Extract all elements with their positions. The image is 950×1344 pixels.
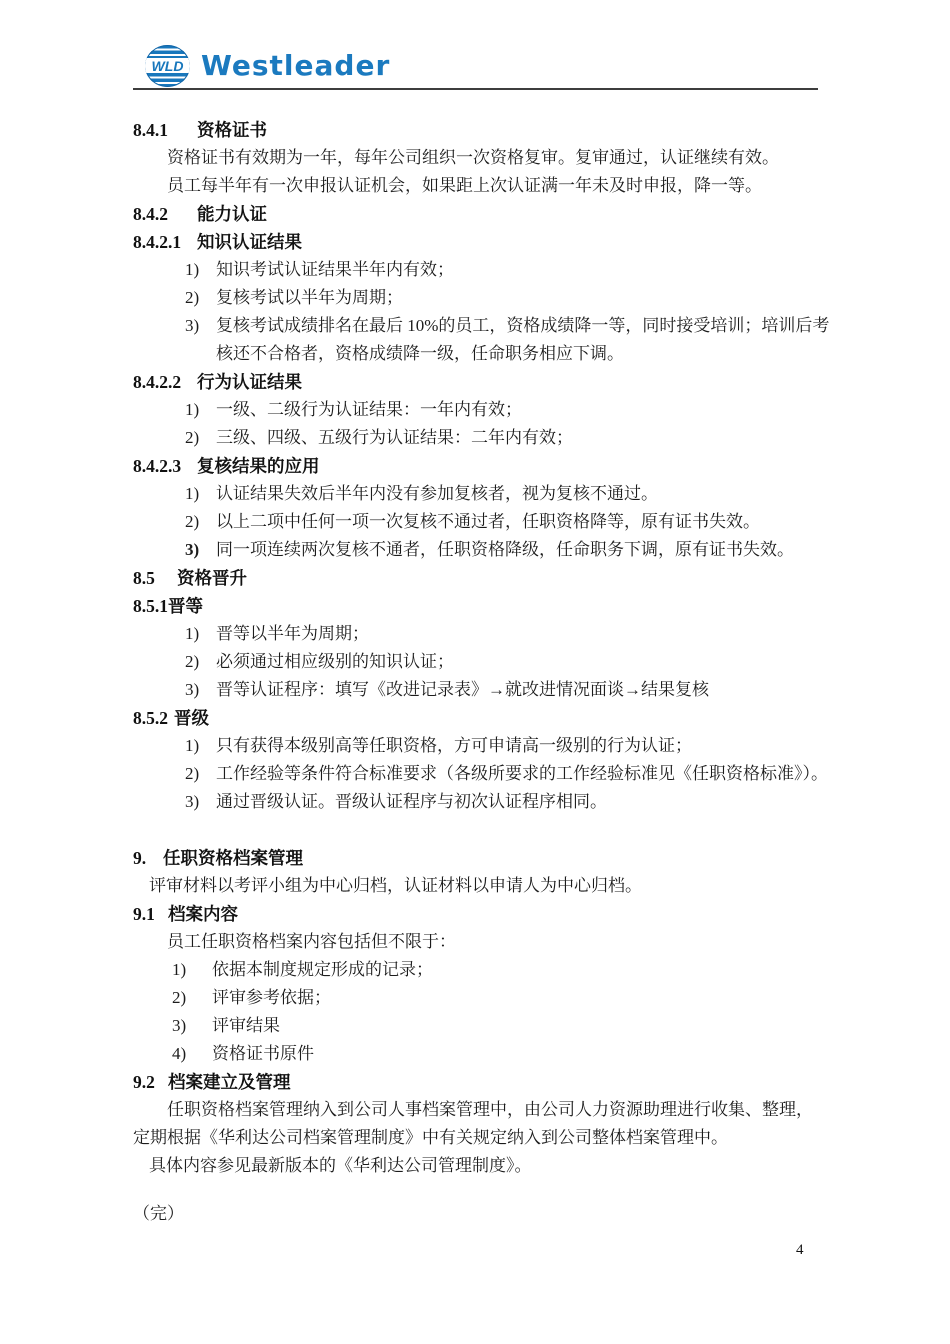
document-page: WLD Westleader 8.4.1 资格证书 资格证书有效期为一年，每年公…	[0, 0, 950, 1344]
heading-title: 任职资格档案管理	[163, 844, 303, 872]
list-number: 1)	[185, 396, 216, 424]
list-item: 1) 只有获得本级别高等任职资格，方可申请高一级别的行为认证；	[185, 732, 853, 760]
page-number: 4	[796, 1242, 804, 1259]
list-text: 通过晋级认证。晋级认证程序与初次认证程序相同。	[216, 788, 607, 816]
list-item: 3) 评审结果	[172, 1012, 853, 1040]
list-text: 只有获得本级别高等任职资格，方可申请高一级别的行为认证；	[216, 732, 692, 760]
heading-number: 9.1	[133, 900, 168, 928]
list-number: 2)	[172, 984, 212, 1012]
list-text: 认证结果失效后半年内没有参加复核者，视为复核不通过。	[216, 480, 658, 508]
heading-number: 8.5.2	[133, 704, 168, 732]
list-text: 知识考试认证结果半年内有效；	[216, 256, 454, 284]
heading-8-5: 8.5 资格晋升	[133, 564, 853, 592]
heading-9-2: 9.2 档案建立及管理	[133, 1068, 853, 1096]
heading-9: 9. 任职资格档案管理	[133, 844, 853, 872]
list-number: 2)	[185, 284, 216, 312]
list-item: 2) 三级、四级、五级行为认证结果：二年内有效；	[185, 424, 853, 452]
list-item: 1) 晋等以半年为周期；	[185, 620, 853, 648]
list-number: 3)	[185, 788, 216, 816]
heading-8-5-2: 8.5.2 晋级	[133, 704, 853, 732]
list-number: 3)	[185, 676, 216, 704]
list-text: 依据本制度规定形成的记录；	[212, 956, 433, 984]
heading-9-1: 9.1 档案内容	[133, 900, 853, 928]
list-number: 1)	[185, 620, 216, 648]
heading-8-4-2-1: 8.4.2.1 知识认证结果	[133, 228, 853, 256]
logo-acronym: WLD	[152, 59, 184, 73]
paragraph: 员工任职资格档案内容包括但不限于：	[133, 928, 853, 956]
list-number: 2)	[185, 760, 216, 788]
list-number: 3)	[172, 1012, 212, 1040]
list-number: 2)	[185, 424, 216, 452]
heading-number: 8.4.2	[133, 200, 197, 228]
heading-title: 行为认证结果	[197, 368, 302, 396]
list-item: 3) 同一项连续两次复核不通者，任职资格降级，任命职务下调，原有证书失效。	[185, 536, 853, 564]
heading-8-5-1: 8.5.1 晋等	[133, 592, 853, 620]
heading-title: 资格晋升	[177, 564, 247, 592]
list-number: 2)	[185, 508, 216, 536]
heading-8-4-1: 8.4.1 资格证书	[133, 116, 853, 144]
list-item: 2) 复核考试以半年为周期；	[185, 284, 853, 312]
logo-band: WLD	[145, 58, 190, 73]
list-text: 以上二项中任何一项一次复核不通过者，任职资格降等，原有证书失效。	[216, 508, 760, 536]
heading-number: 8.5.1	[133, 592, 168, 620]
list-number: 4)	[172, 1040, 212, 1068]
list-item: 1) 知识考试认证结果半年内有效；	[185, 256, 853, 284]
list-number: 3)	[185, 536, 216, 564]
list-text: 必须通过相应级别的知识认证；	[216, 648, 454, 676]
heading-title: 档案建立及管理	[168, 1068, 291, 1096]
paragraph: 评审材料以考评小组为中心归档，认证材料以申请人为中心归档。	[133, 872, 853, 900]
heading-title: 能力认证	[197, 200, 267, 228]
heading-title: 知识认证结果	[197, 228, 302, 256]
wld-globe-icon: WLD	[145, 45, 190, 87]
list-item: 1) 一级、二级行为认证结果：一年内有效；	[185, 396, 853, 424]
document-body: 8.4.1 资格证书 资格证书有效期为一年，每年公司组织一次资格复审。复审通过，…	[133, 116, 853, 1228]
heading-title: 复核结果的应用	[197, 452, 320, 480]
list-text: 复核考试以半年为周期；	[216, 284, 403, 312]
heading-8-4-2-3: 8.4.2.3 复核结果的应用	[133, 452, 853, 480]
paragraph: 具体内容参见最新版本的《华利达公司管理制度》。	[133, 1152, 853, 1180]
paragraph: 任职资格档案管理纳入到公司人事档案管理中，由公司人力资源助理进行收集、整理， 定…	[133, 1096, 853, 1152]
list-text: 三级、四级、五级行为认证结果：二年内有效；	[216, 424, 573, 452]
end-mark: （完）	[133, 1200, 853, 1228]
heading-number: 8.4.2.1	[133, 228, 197, 256]
list-text: 评审参考依据；	[212, 984, 331, 1012]
paragraph: 员工每半年有一次申报认证机会，如果距上次认证满一年未及时申报，降一等。	[133, 172, 853, 200]
heading-number: 9.	[133, 844, 163, 872]
list-text: 晋等以半年为周期；	[216, 620, 369, 648]
list-item: 2) 以上二项中任何一项一次复核不通过者，任职资格降等，原有证书失效。	[185, 508, 853, 536]
list-number: 1)	[185, 480, 216, 508]
list-item: 2) 评审参考依据；	[172, 984, 853, 1012]
heading-number: 8.4.2.2	[133, 368, 197, 396]
list-number: 1)	[185, 732, 216, 760]
list-number: 3)	[185, 312, 216, 368]
list-number: 2)	[185, 648, 216, 676]
list-item: 2) 工作经验等条件符合标准要求（各级所要求的工作经验标准见《任职资格标准》）。	[185, 760, 853, 788]
header-rule	[133, 88, 818, 90]
list-text: 晋等认证程序：填写《改进记录表》→就改进情况面谈→结果复核	[216, 676, 709, 704]
paragraph: 资格证书有效期为一年，每年公司组织一次资格复审。复审通过，认证继续有效。	[133, 144, 853, 172]
westleader-logo: WLD Westleader	[145, 45, 390, 87]
list-text: 一级、二级行为认证结果：一年内有效；	[216, 396, 522, 424]
list-item: 3) 晋等认证程序：填写《改进记录表》→就改进情况面谈→结果复核	[185, 676, 853, 704]
list-text: 资格证书原件	[212, 1040, 314, 1068]
list-item: 1) 依据本制度规定形成的记录；	[172, 956, 853, 984]
list-text: 工作经验等条件符合标准要求（各级所要求的工作经验标准见《任职资格标准》）。	[216, 760, 828, 788]
list-item: 4) 资格证书原件	[172, 1040, 853, 1068]
list-number: 1)	[185, 256, 216, 284]
list-text: 评审结果	[212, 1012, 280, 1040]
heading-title: 档案内容	[168, 900, 238, 928]
list-item: 3) 复核考试成绩排名在最后 10%的员工，资格成绩降一等，同时接受培训；培训后…	[185, 312, 853, 368]
heading-title: 晋级	[174, 704, 209, 732]
heading-number: 8.5	[133, 564, 177, 592]
list-text: 复核考试成绩排名在最后 10%的员工，资格成绩降一等，同时接受培训；培训后考 核…	[216, 312, 829, 368]
heading-number: 9.2	[133, 1068, 168, 1096]
heading-title: 晋等	[168, 592, 203, 620]
heading-8-4-2-2: 8.4.2.2 行为认证结果	[133, 368, 853, 396]
list-item: 2) 必须通过相应级别的知识认证；	[185, 648, 853, 676]
list-text: 同一项连续两次复核不通者，任职资格降级，任命职务下调，原有证书失效。	[216, 536, 794, 564]
brand-name: Westleader	[201, 52, 390, 80]
heading-title: 资格证书	[197, 116, 267, 144]
heading-number: 8.4.2.3	[133, 452, 197, 480]
heading-8-4-2: 8.4.2 能力认证	[133, 200, 853, 228]
list-item: 1) 认证结果失效后半年内没有参加复核者，视为复核不通过。	[185, 480, 853, 508]
heading-number: 8.4.1	[133, 116, 197, 144]
list-item: 3) 通过晋级认证。晋级认证程序与初次认证程序相同。	[185, 788, 853, 816]
list-number: 1)	[172, 956, 212, 984]
